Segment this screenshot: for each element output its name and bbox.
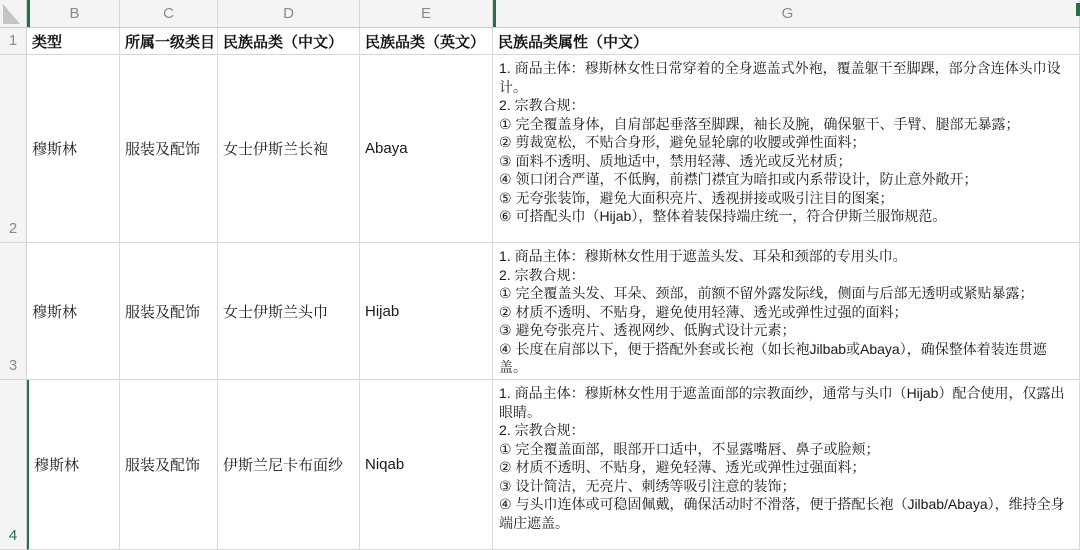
cell-name-en[interactable]: Niqab xyxy=(360,380,493,550)
table-row: 3 穆斯林 服装及配饰 女士伊斯兰头巾 Hijab 1. 商品主体：穆斯林女性用… xyxy=(0,243,1080,380)
header-cell-name-en[interactable]: 民族品类（英文） xyxy=(360,28,493,55)
cell-category[interactable]: 服装及配饰 xyxy=(120,380,218,550)
select-all-corner[interactable] xyxy=(0,0,27,27)
column-header-e[interactable]: E xyxy=(360,0,493,27)
select-all-icon xyxy=(3,4,20,24)
cell-name-en[interactable]: Hijab xyxy=(360,243,493,380)
header-cell-type[interactable]: 类型 xyxy=(27,28,120,55)
row-number-3[interactable]: 3 xyxy=(0,243,27,380)
header-cell-attributes[interactable]: 民族品类属性（中文） xyxy=(493,28,1080,55)
cell-attributes[interactable]: 1. 商品主体：穆斯林女性用于遮盖头发、耳朵和颈部的专用头巾。 2. 宗教合规：… xyxy=(493,243,1080,380)
cell-type[interactable]: 穆斯林 xyxy=(27,55,120,243)
cell-attributes[interactable]: 1. 商品主体：穆斯林女性日常穿着的全身遮盖式外袍，覆盖躯干至脚踝，部分含连体头… xyxy=(493,55,1080,243)
column-header-strip: B C D E G xyxy=(0,0,1080,28)
cell-name-en[interactable]: Abaya xyxy=(360,55,493,243)
cell-name-cn[interactable]: 伊斯兰尼卡布面纱 xyxy=(218,380,360,550)
cell-attributes[interactable]: 1. 商品主体：穆斯林女性用于遮盖面部的宗教面纱，通常与头巾（Hijab）配合使… xyxy=(493,380,1080,550)
cell-type[interactable]: 穆斯林 xyxy=(27,380,120,550)
header-cell-category[interactable]: 所属一级类目 xyxy=(120,28,218,55)
cell-name-cn[interactable]: 女士伊斯兰头巾 xyxy=(218,243,360,380)
table-row: 4 穆斯林 服装及配饰 伊斯兰尼卡布面纱 Niqab 1. 商品主体：穆斯林女性… xyxy=(0,380,1080,550)
column-header-c[interactable]: C xyxy=(120,0,218,27)
column-header-b[interactable]: B xyxy=(27,0,120,27)
cell-name-cn[interactable]: 女士伊斯兰长袍 xyxy=(218,55,360,243)
cell-category[interactable]: 服装及配饰 xyxy=(120,55,218,243)
hidden-column-indicator xyxy=(1076,3,1080,16)
table-row: 2 穆斯林 服装及配饰 女士伊斯兰长袍 Abaya 1. 商品主体：穆斯林女性日… xyxy=(0,55,1080,243)
column-header-g[interactable]: G xyxy=(493,0,1080,27)
row-number-1[interactable]: 1 xyxy=(0,28,27,55)
row-number-4[interactable]: 4 xyxy=(0,380,27,550)
table-header-row: 1 类型 所属一级类目 民族品类（中文） 民族品类（英文） 民族品类属性（中文） xyxy=(0,28,1080,55)
spreadsheet: B C D E G 1 类型 所属一级类目 民族品类（中文） 民族品类（英文） … xyxy=(0,0,1080,550)
cell-type[interactable]: 穆斯林 xyxy=(27,243,120,380)
row-number-2[interactable]: 2 xyxy=(0,55,27,243)
column-header-d[interactable]: D xyxy=(218,0,360,27)
cell-category[interactable]: 服装及配饰 xyxy=(120,243,218,380)
header-cell-name-cn[interactable]: 民族品类（中文） xyxy=(218,28,360,55)
